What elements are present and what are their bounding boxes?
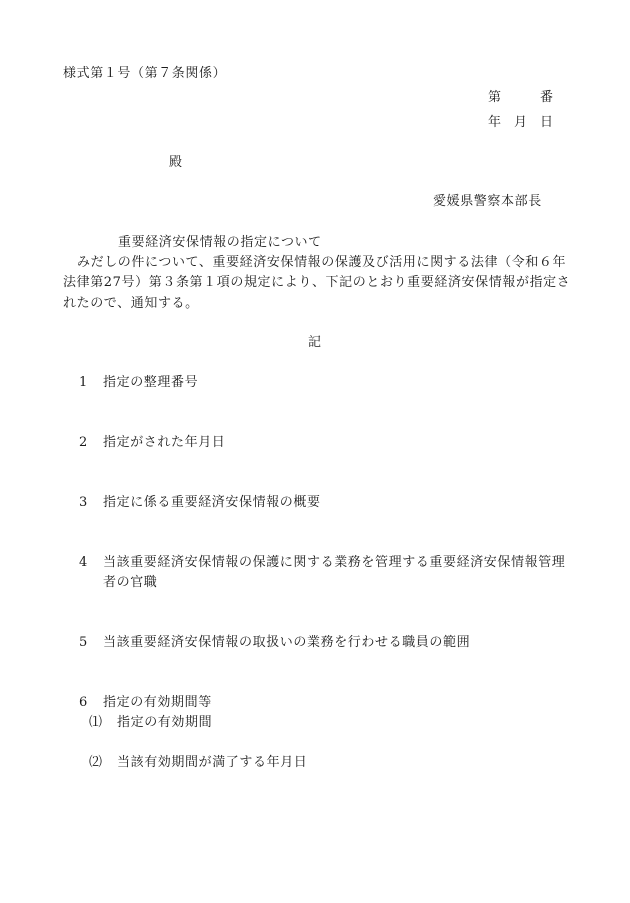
subitem-number: ⑴ xyxy=(89,714,102,732)
item-number: 1 xyxy=(79,374,87,392)
item-label: 指定に係る重要経済安保情報の概要 xyxy=(103,494,321,512)
item-number: 3 xyxy=(79,494,87,512)
sender-title: 愛媛県警察本部長 xyxy=(433,193,542,211)
item-number: 5 xyxy=(79,634,87,652)
subitem-label: 指定の有効期間 xyxy=(117,714,212,732)
item-label: 指定の有効期間等 xyxy=(103,694,212,712)
item-number: 4 xyxy=(79,554,87,572)
item-label: 指定がされた年月日 xyxy=(103,434,225,452)
subject-title: 重要経済安保情報の指定について xyxy=(118,234,322,252)
body-line: みだしの件について、重要経済安保情報の保護及び活用に関する法律（令和６年 xyxy=(77,254,566,272)
document-page: 様式第１号（第７条関係） 第 番 年 月 日 殿 愛媛県警察本部長 重要経済安保… xyxy=(0,0,630,903)
body-line: 法律第27号）第３条第１項の規定により、下記のとおり重要経済安保情報が指定さ xyxy=(63,274,570,292)
ki-heading: 記 xyxy=(308,334,322,352)
subitem-label: 当該有効期間が満了する年月日 xyxy=(117,754,307,772)
body-line: れたので、通知する。 xyxy=(63,295,199,313)
addressee-suffix: 殿 xyxy=(169,154,183,172)
date-month-label: 月 xyxy=(514,114,528,132)
item-label-continuation: 者の官職 xyxy=(103,574,157,592)
reference-number-prefix: 第 xyxy=(488,89,502,107)
form-label: 様式第１号（第７条関係） xyxy=(63,65,226,83)
item-label: 当該重要経済安保情報の保護に関する業務を管理する重要経済安保情報管理 xyxy=(103,554,565,572)
item-number: 2 xyxy=(79,434,87,452)
item-number: 6 xyxy=(79,694,87,712)
date-year-label: 年 xyxy=(488,114,502,132)
item-label: 当該重要経済安保情報の取扱いの業務を行わせる職員の範囲 xyxy=(103,634,470,652)
item-label: 指定の整理番号 xyxy=(103,374,198,392)
subitem-number: ⑵ xyxy=(89,754,102,772)
reference-number-suffix: 番 xyxy=(540,89,554,107)
date-day-label: 日 xyxy=(540,114,554,132)
